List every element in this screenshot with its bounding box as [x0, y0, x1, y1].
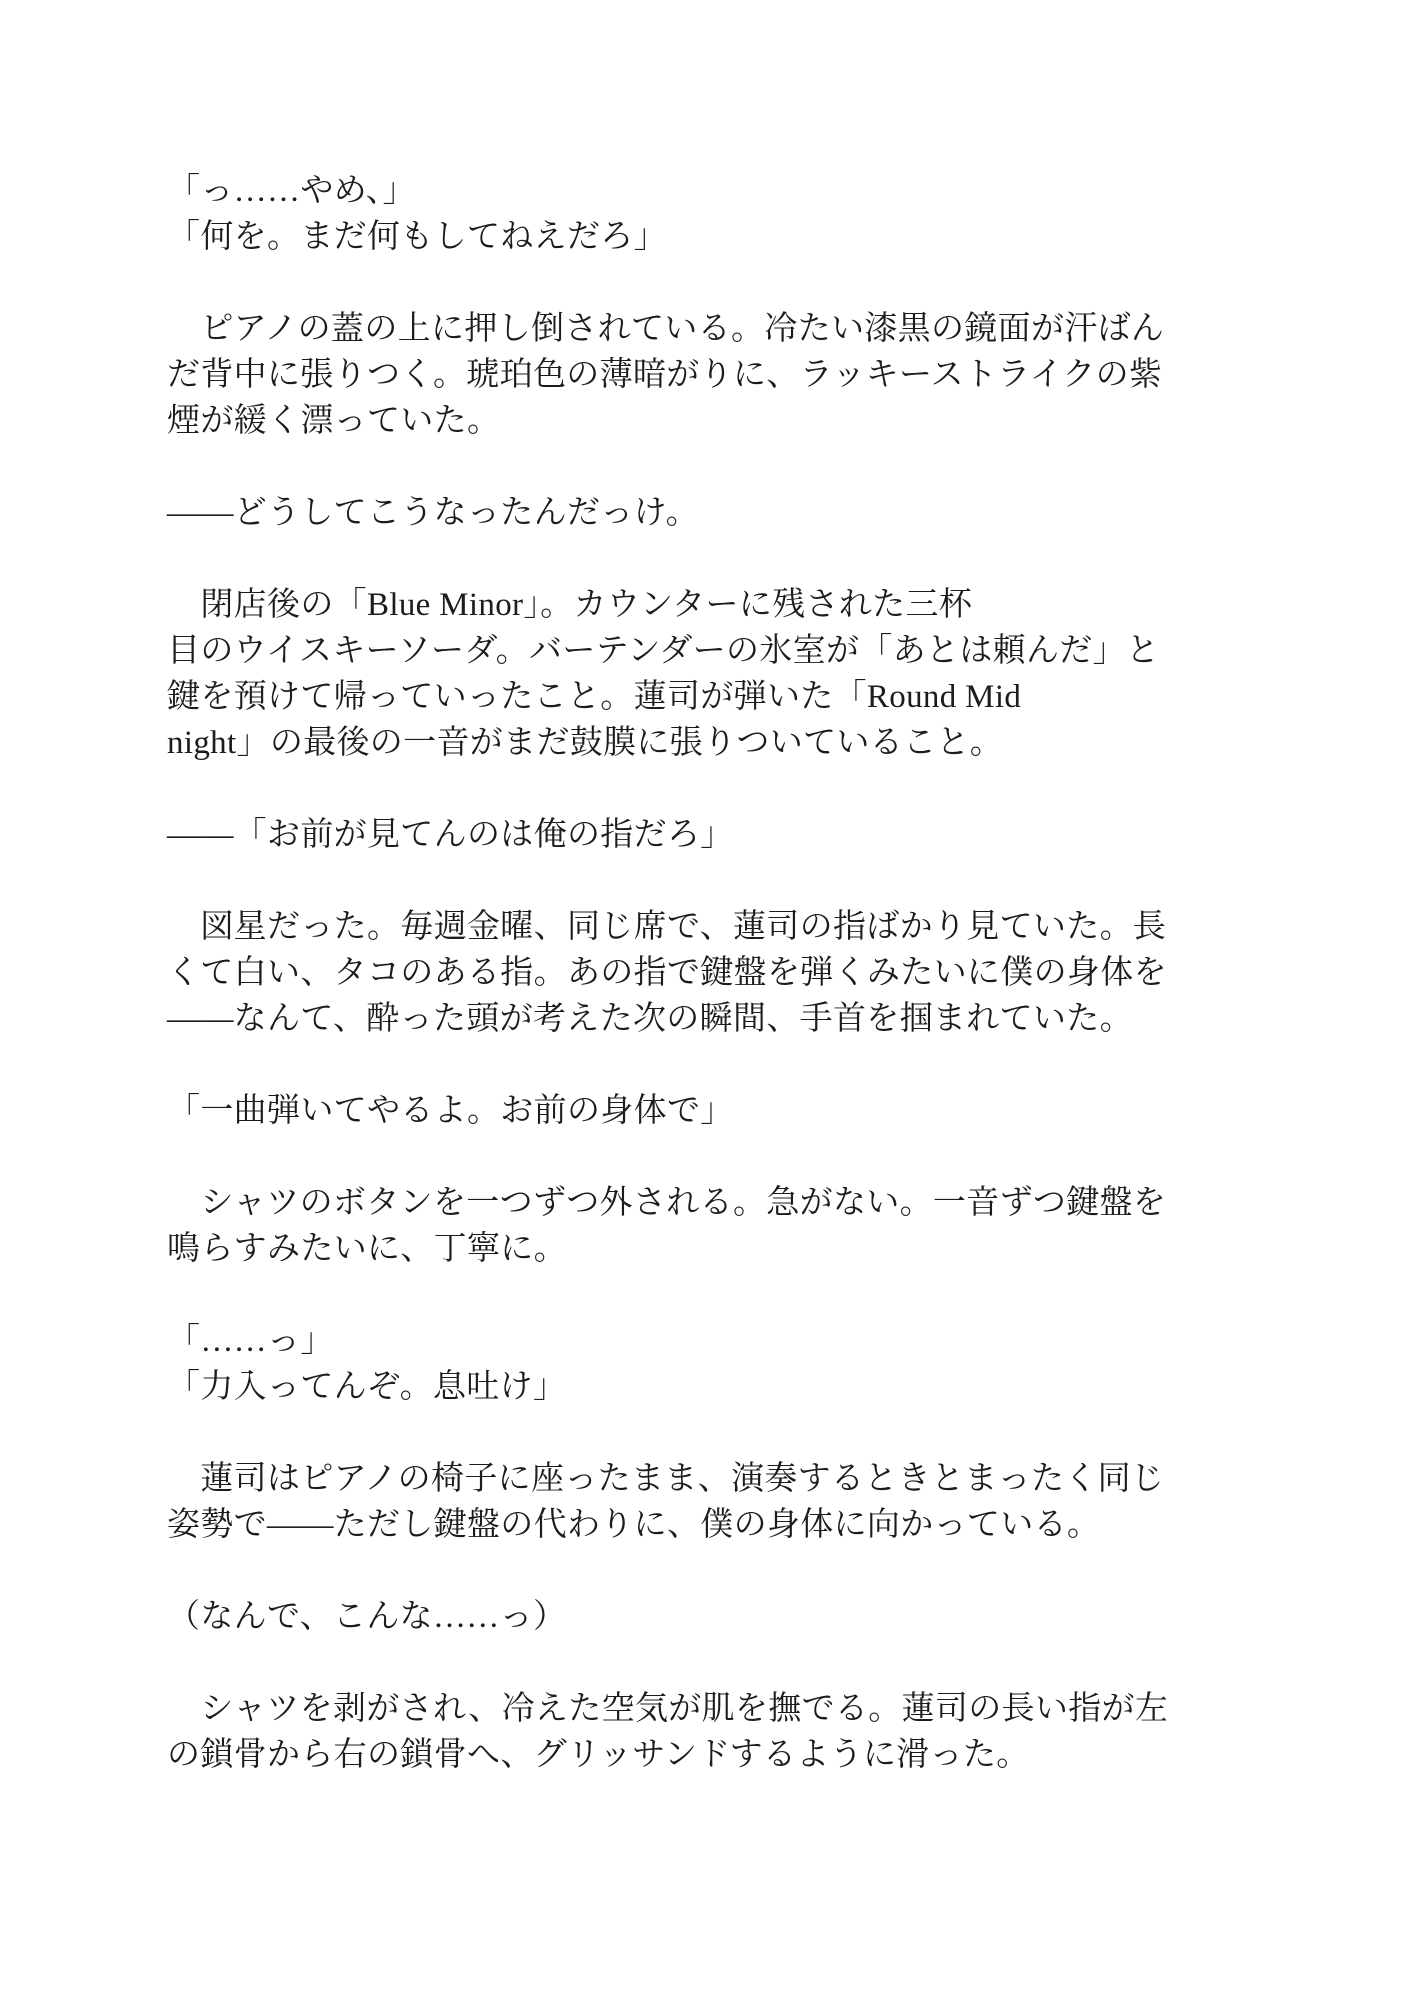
text-line: だ背中に張りつく。琥珀色の薄暗がりに、ラッキーストライクの紫 — [167, 352, 1169, 398]
text-line: night」の最後の一音がまだ鼓膜に張りついていること。 — [167, 720, 1169, 766]
text-line: 鍵を預けて帰っていったこと。蓮司が弾いた「Round Mid — [167, 674, 1169, 720]
text-line: 「……っ」 — [167, 1318, 1169, 1364]
paragraph-monologue: （なんで、こんな……っ） — [167, 1594, 1169, 1640]
text-line: ——「お前が見てんのは俺の指だろ」 — [167, 812, 1169, 858]
text-line: の鎖骨から右の鎖骨へ、グリッサンドするように滑った。 — [167, 1732, 1169, 1778]
paragraph-dialogue: 「一曲弾いてやるよ。お前の身体で」 — [167, 1088, 1169, 1134]
text-line: 閉店後の「Blue Minor」。カウンターに残された三杯 — [167, 582, 1169, 628]
paragraph-dialogue: 「……っ」「力入ってんぞ。息吐け」 — [167, 1318, 1169, 1410]
paragraph-narration: シャツを剥がされ、冷えた空気が肌を撫でる。蓮司の長い指が左の鎖骨から右の鎖骨へ、… — [167, 1686, 1169, 1778]
manuscript-page: 「っ……やめ、」「何を。まだ何もしてねえだろ」 ピアノの蓋の上に押し倒されている… — [0, 0, 1415, 2000]
paragraph-narration: 図星だった。毎週金曜、同じ席で、蓮司の指ばかり見ていた。長くて白い、タコのある指… — [167, 904, 1169, 1042]
paragraph-narration: ピアノの蓋の上に押し倒されている。冷たい漆黒の鏡面が汗ばんだ背中に張りつく。琥珀… — [167, 306, 1169, 444]
text-line: 姿勢で——ただし鍵盤の代わりに、僕の身体に向かっている。 — [167, 1502, 1169, 1548]
text-line: シャツのボタンを一つずつ外される。急がない。一音ずつ鍵盤を — [167, 1180, 1169, 1226]
paragraph-dialogue: 「っ……やめ、」「何を。まだ何もしてねえだろ」 — [167, 168, 1169, 260]
text-line: シャツを剥がされ、冷えた空気が肌を撫でる。蓮司の長い指が左 — [167, 1686, 1169, 1732]
paragraph-monologue: ——どうしてこうなったんだっけ。 — [167, 490, 1169, 536]
text-line: 「っ……やめ、」 — [167, 168, 1169, 214]
paragraph-monologue: ——「お前が見てんのは俺の指だろ」 — [167, 812, 1169, 858]
text-line: （なんで、こんな……っ） — [167, 1594, 1169, 1640]
paragraph-narration: 蓮司はピアノの椅子に座ったまま、演奏するときとまったく同じ姿勢で——ただし鍵盤の… — [167, 1456, 1169, 1548]
text-line: 煙が緩く漂っていた。 — [167, 398, 1169, 444]
text-line: 鳴らすみたいに、丁寧に。 — [167, 1226, 1169, 1272]
text-line: くて白い、タコのある指。あの指で鍵盤を弾くみたいに僕の身体を — [167, 950, 1169, 996]
text-line: 図星だった。毎週金曜、同じ席で、蓮司の指ばかり見ていた。長 — [167, 904, 1169, 950]
paragraph-narration: シャツのボタンを一つずつ外される。急がない。一音ずつ鍵盤を鳴らすみたいに、丁寧に… — [167, 1180, 1169, 1272]
text-line: 「一曲弾いてやるよ。お前の身体で」 — [167, 1088, 1169, 1134]
text-column: 「っ……やめ、」「何を。まだ何もしてねえだろ」 ピアノの蓋の上に押し倒されている… — [167, 168, 1169, 1778]
text-line: 「何を。まだ何もしてねえだろ」 — [167, 214, 1169, 260]
text-line: ——どうしてこうなったんだっけ。 — [167, 490, 1169, 536]
text-line: ——なんて、酔った頭が考えた次の瞬間、手首を掴まれていた。 — [167, 996, 1169, 1042]
text-line: 蓮司はピアノの椅子に座ったまま、演奏するときとまったく同じ — [167, 1456, 1169, 1502]
paragraph-narration: 閉店後の「Blue Minor」。カウンターに残された三杯目のウイスキーソーダ。… — [167, 582, 1169, 766]
text-line: 「力入ってんぞ。息吐け」 — [167, 1364, 1169, 1410]
text-line: 目のウイスキーソーダ。バーテンダーの氷室が「あとは頼んだ」と — [167, 628, 1169, 674]
text-line: ピアノの蓋の上に押し倒されている。冷たい漆黒の鏡面が汗ばん — [167, 306, 1169, 352]
